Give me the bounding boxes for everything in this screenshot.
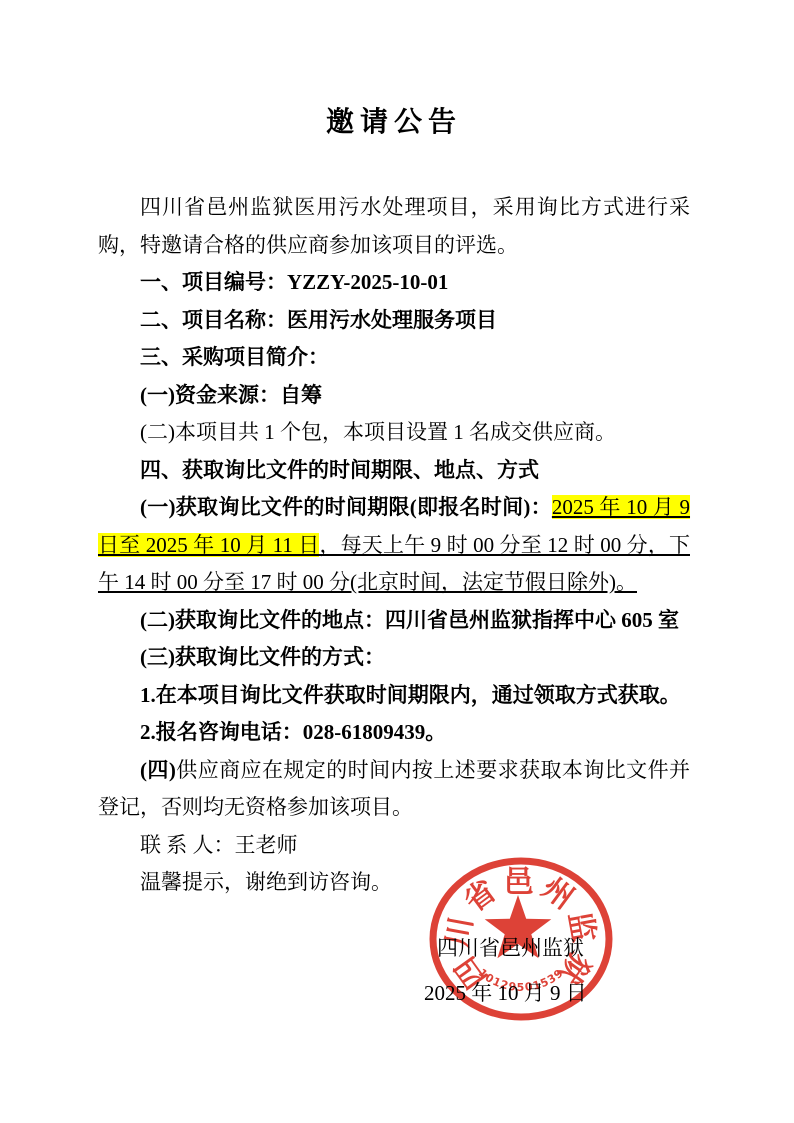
item-obtain-method-heading: (三)获取询比文件的方式： (98, 639, 690, 677)
item-obtain-place: (二)获取询比文件的地点：四川省邑州监狱指挥中心 605 室 (98, 602, 690, 640)
obtain-time-label: (一)获取询比文件的时间期限(即报名时间)： (140, 495, 552, 519)
item-project-name: 二、项目名称：医用污水处理服务项目 (98, 302, 690, 340)
item-package-info: (二)本项目共 1 个包，本项目设置 1 名成交供应商。 (98, 414, 690, 452)
item-fund-source: (一)资金来源：自筹 (98, 377, 690, 415)
item-obtain-method-1: 1.在本项目询比文件获取时间期限内，通过领取方式获取。 (98, 677, 690, 715)
item-project-intro-heading: 三、采购项目简介： (98, 339, 690, 377)
registration-requirement-label: (四) (140, 758, 176, 782)
document-body: 邀请公告 四川省邑州监狱医用污水处理项目，采用询比方式进行采购，特邀请合格的供应… (98, 0, 690, 902)
item-project-number: 一、项目编号：YZZY-2025-10-01 (98, 264, 690, 302)
registration-requirement-text: 供应商应在规定的时间内按上述要求获取本询比文件并登记，否则均无资格参加该项目。 (98, 758, 690, 820)
intro-paragraph: 四川省邑州监狱医用污水处理项目，采用询比方式进行采购，特邀请合格的供应商参加该项… (98, 189, 690, 264)
document-page: 邀请公告 四川省邑州监狱医用污水处理项目，采用询比方式进行采购，特邀请合格的供应… (0, 0, 794, 1123)
page-title: 邀请公告 (98, 103, 690, 143)
signature-organization: 四川省邑州监狱 (437, 936, 584, 960)
item-obtain-method-2: 2.报名咨询电话：028-61809439。 (98, 714, 690, 752)
item-obtain-heading: 四、获取询比文件的时间期限、地点、方式 (98, 452, 690, 490)
item-obtain-time: (一)获取询比文件的时间期限(即报名时间)：2025 年 10 月 9 日至 2… (98, 489, 690, 602)
item-registration-requirement: (四)供应商应在规定的时间内按上述要求获取本询比文件并登记，否则均无资格参加该项… (98, 752, 690, 827)
signature-date: 2025 年 10 月 9 日 (424, 981, 587, 1005)
